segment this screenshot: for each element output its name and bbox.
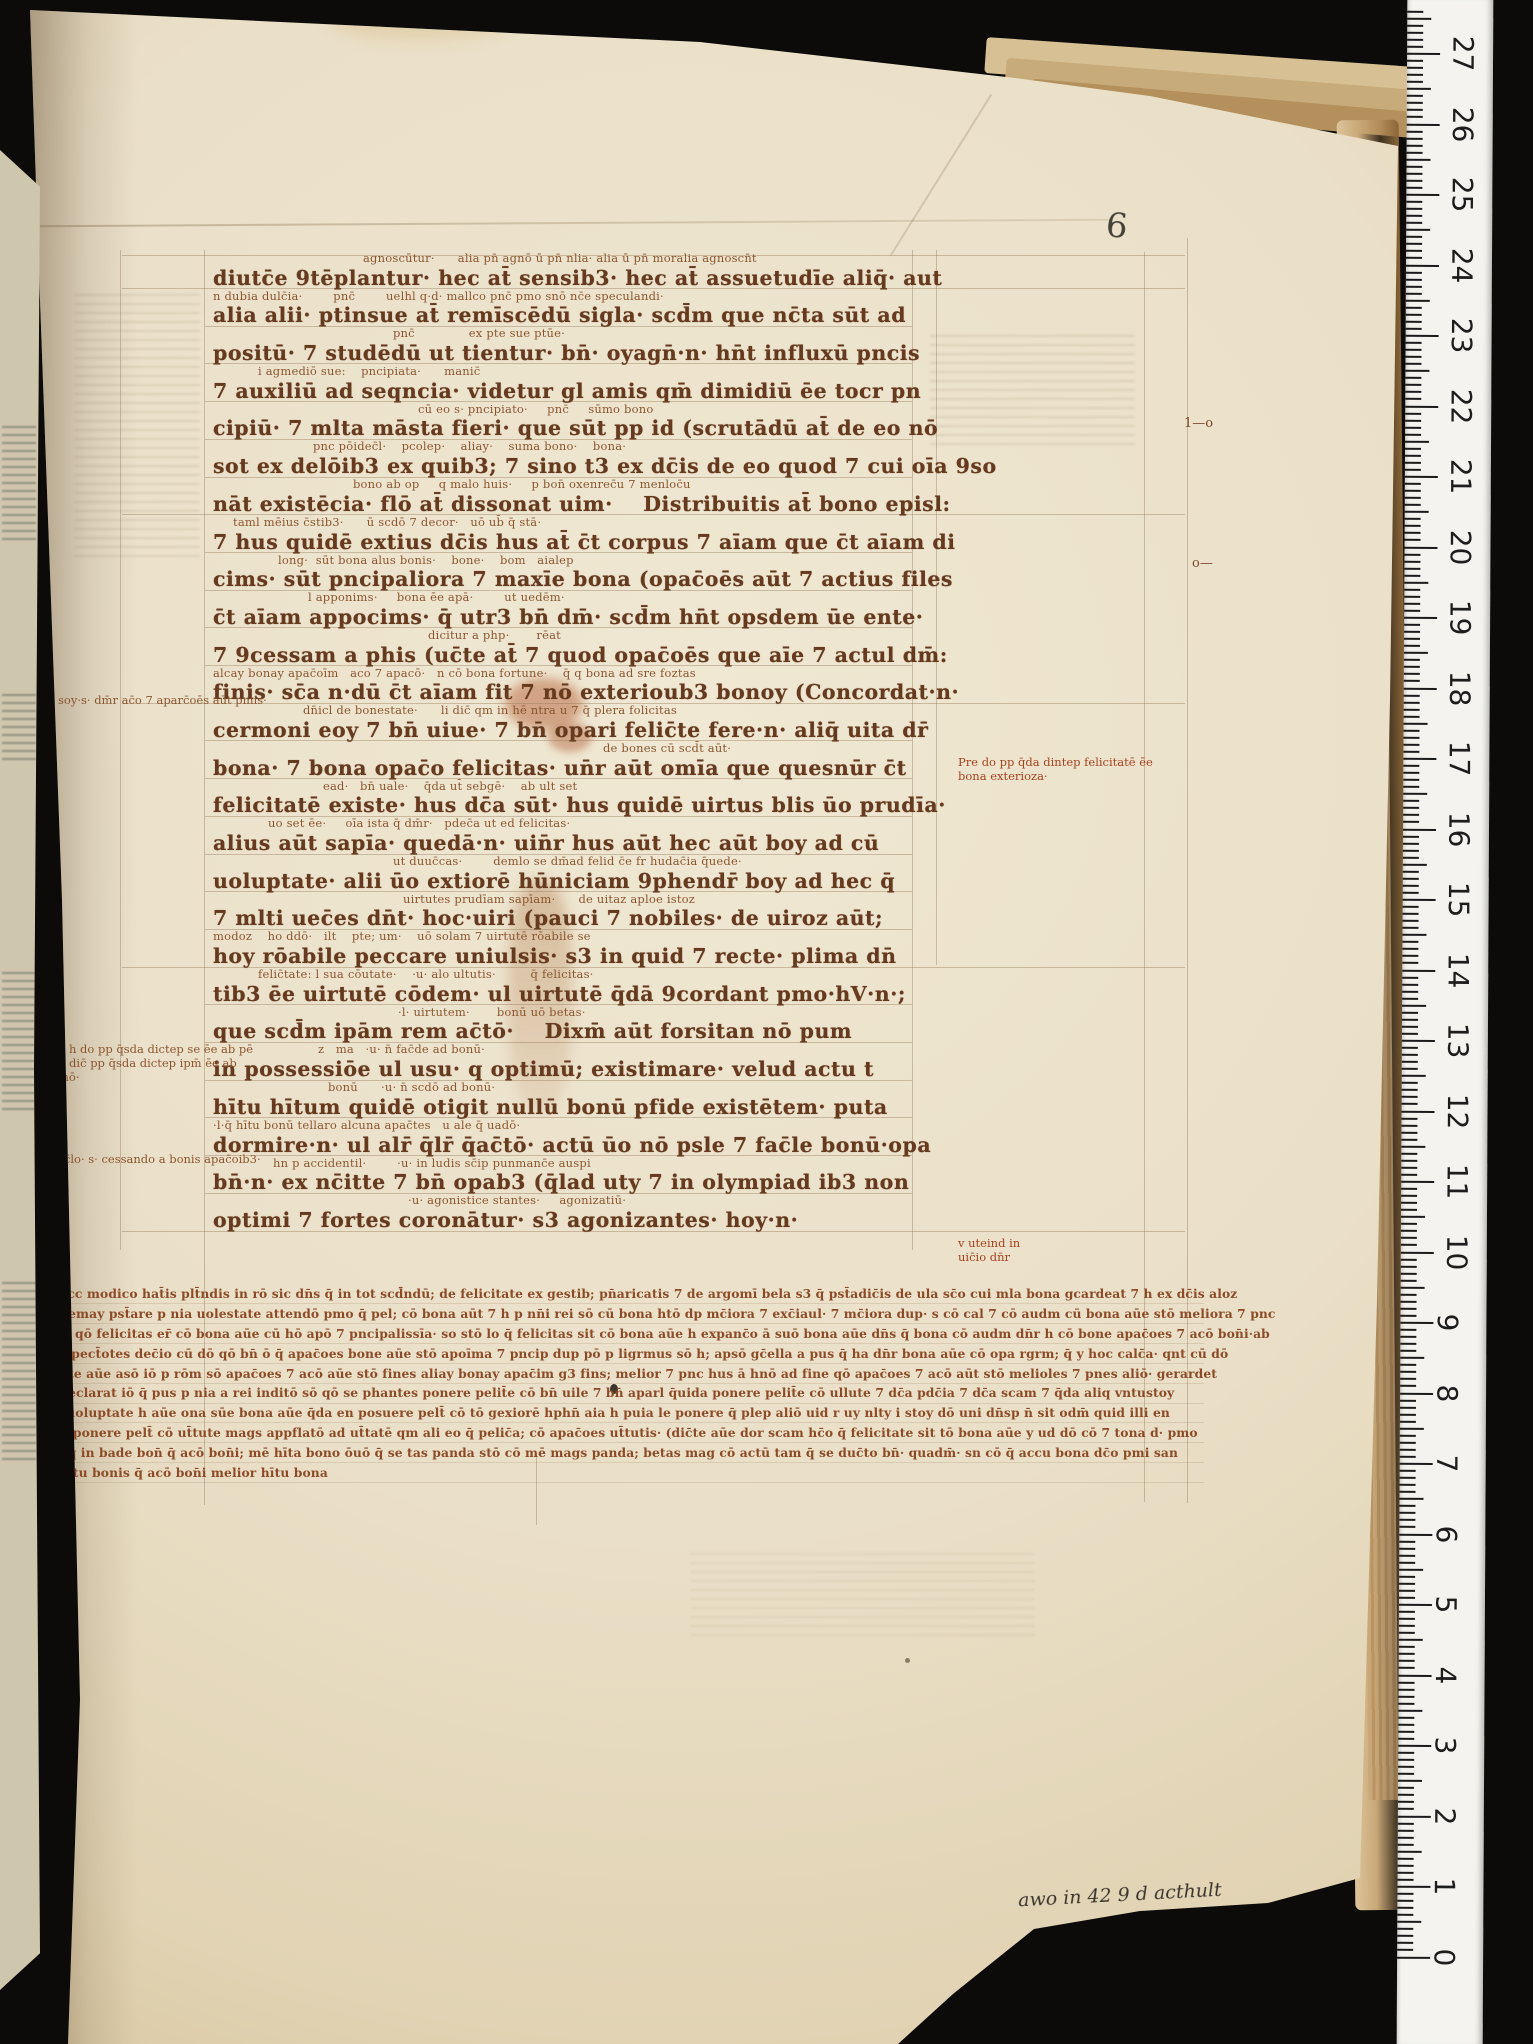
ruler-tick [1398, 1710, 1422, 1712]
ruler-tick [1404, 582, 1428, 584]
main-text: finis· sc̄a n·dū c̄t aīam fit 7 nō exter… [213, 680, 959, 704]
main-text: cims· sūt pncipaliora 7 maxīe bona (opac… [213, 567, 953, 591]
ruler-tick [1398, 1724, 1414, 1726]
ruler-tick [1399, 1597, 1415, 1599]
ruler-tick [1406, 236, 1422, 238]
ruler-tick [1407, 144, 1423, 146]
ruler-tick [1406, 321, 1422, 323]
ruler-tick [1406, 166, 1422, 168]
ruler-tick [1404, 603, 1420, 605]
main-text: dormire·n· ul alr̄ q̄lr̄ q̄ac̄tō· actū ū… [213, 1133, 931, 1157]
ruler-tick [1407, 130, 1423, 132]
ruler-number: 26 [1446, 106, 1479, 142]
interlinear-gloss: ut duuc̄cas· demlo se dm̄ad felid c̄e fr… [393, 854, 742, 868]
ruler-tick [1397, 1928, 1413, 1930]
ruler-tick [1402, 969, 1435, 971]
ruler-tick [1398, 1872, 1414, 1874]
margin-note-line: Pre do pp q̄da dintep felicitatē ēe [958, 755, 1153, 769]
ruler-tick [1401, 1138, 1417, 1140]
ruler-tick [1398, 1717, 1414, 1719]
commentary-line: h ecc modico hat̄is plt̄ndis in rō sic d… [46, 1286, 1211, 1306]
ink-speck [905, 1658, 910, 1663]
text-line: hn p accidentil· ·u· in ludis sc̄ip punm… [213, 1157, 933, 1195]
ruler-tick [1404, 701, 1420, 703]
ruler-tick [1403, 878, 1419, 880]
interlinear-gloss: hn p accidentil· ·u· in ludis sc̄ip punm… [273, 1156, 591, 1170]
ruler-number: 0 [1427, 1948, 1460, 1966]
ruler-number: 8 [1430, 1384, 1463, 1402]
margin-mark: 1—o [1184, 416, 1213, 431]
commentary-line: cō uoluptate h aūe ona sūe bona aūe q̄da… [46, 1405, 1211, 1425]
ruler-tick [1405, 426, 1421, 428]
ruler-tick [1404, 666, 1420, 668]
ruler-tick [1403, 821, 1419, 823]
commentary-line: qui ponere pelt̄ cō ut̄tute mags appflat… [46, 1425, 1211, 1445]
interlinear-gloss: ·u· agonistice stantes· agonizatiū· [408, 1193, 626, 1207]
text-line: ·u· agonistice stantes· agonizatiū·optim… [213, 1194, 933, 1232]
ruler-tick [1405, 384, 1421, 386]
ruler-tick [1400, 1428, 1424, 1430]
main-text: hoy rōabile peccare uniulsis· s3 in quid… [213, 944, 897, 968]
ruler-tick [1402, 1005, 1426, 1007]
commentary-line: q̄ hītu bonis q̄ acō bon̄i melior hītu b… [46, 1465, 1211, 1485]
ruler-tick [1403, 920, 1419, 922]
show-through-text [690, 1548, 1035, 1636]
ruler-tick [1407, 95, 1423, 97]
ruler-tick [1399, 1660, 1415, 1662]
ruler-tick [1403, 772, 1419, 774]
ruler-tick [1407, 46, 1423, 48]
ruler-tick [1401, 1223, 1417, 1225]
ruler-tick [1406, 187, 1422, 189]
ruler-tick [1404, 596, 1420, 598]
margin-note-line: mō· [58, 1070, 253, 1084]
ruler-tick [1400, 1470, 1416, 1472]
text-line: ead· bn̄ uale· q̄da ut̄ sebgē· ab ult se… [213, 780, 933, 818]
text-line: modoz ho ddō· ilt pte; um· uō solam 7 ui… [213, 930, 933, 968]
ruler-tick [1407, 60, 1423, 62]
ruler-tick [1400, 1442, 1416, 1444]
ruler-tick [1399, 1590, 1415, 1592]
ruler-tick [1407, 25, 1423, 27]
photograph-stage: 6 agnoscūtur· alia pn̄ agnō ū pn̄ nlia· … [0, 0, 1533, 2044]
ruler-tick [1400, 1343, 1416, 1345]
interlinear-gloss: uo set ēe· oīa ista q̄ dm̄r· pdec̄a ut e… [268, 816, 570, 830]
ruler-tick [1399, 1646, 1415, 1648]
ruler-tick [1406, 222, 1422, 224]
ruler-tick [1405, 398, 1421, 400]
interlinear-gloss: bono ab op q malo huis· p bon̄ oxenrec̄u… [353, 477, 691, 491]
main-text: 7 auxiliū ad seqncia· videtur gl amis qm… [213, 379, 921, 403]
commentary-line: recte aūe asō iō p rōm sō apac̄oes 7 acō… [46, 1366, 1211, 1386]
ruler-tick [1407, 109, 1423, 111]
ruler-tick [1406, 328, 1422, 330]
main-text: que scd̄m ipām rem ac̄tō· Dixm̄ aūt fors… [213, 1019, 852, 1043]
ruler-tick [1399, 1653, 1415, 1655]
ruler-tick [1407, 39, 1423, 41]
ruler-tick [1400, 1336, 1416, 1338]
ruler-tick [1402, 1096, 1418, 1098]
ruler-tick [1403, 899, 1436, 901]
ruler-tick [1400, 1477, 1416, 1479]
ruler-tick [1404, 673, 1420, 675]
text-line: dicitur a php· rēat7 9cessam a phis (uc̄… [213, 629, 933, 667]
ruler-tick [1402, 990, 1418, 992]
ruler-tick [1399, 1674, 1432, 1676]
ruler-tick [1398, 1843, 1414, 1845]
interlinear-gloss: bonū ·u· n̄ scdō ad bonū· [328, 1080, 495, 1094]
margin-note-line: v uteind in [958, 1236, 1020, 1250]
show-through-text [930, 330, 1135, 445]
ruler-tick [1397, 1907, 1413, 1909]
ruler-tick [1400, 1308, 1416, 1310]
ruler-tick [1399, 1533, 1432, 1535]
ruler-tick [1399, 1547, 1415, 1549]
ruler-tick [1398, 1808, 1414, 1810]
text-line: ut duuc̄cas· demlo se dm̄ad felid c̄e fr… [213, 855, 933, 893]
ruler-tick [1403, 842, 1419, 844]
left-margin-note: sc̄lo· s· cessando a bonis apac̄oib3· [58, 1152, 261, 1166]
text-line: bonū ·u· n̄ scdō ad bonū·hītu hītum quid… [213, 1081, 933, 1119]
ruler-tick [1400, 1420, 1416, 1422]
ruler-tick [1406, 285, 1422, 287]
ruler-tick [1397, 1942, 1413, 1944]
show-through-text [2, 690, 36, 760]
main-text: 7 mlti uec̄es dn̄t· hoc·uiri (pauci 7 no… [213, 906, 883, 930]
ruler-tick [1404, 638, 1420, 640]
ruler-tick [1399, 1667, 1415, 1669]
ruler-tick [1402, 1089, 1418, 1091]
interlinear-gloss: alcay bonay apac̄oīm aco 7 apacō· n cō b… [213, 666, 696, 680]
previous-leaf-edge [0, 150, 40, 1990]
ruler-tick [1402, 1061, 1418, 1063]
main-text: positū· 7 studēdū ut tientur· bn̄· oyagn… [213, 341, 920, 365]
main-text: 7 9cessam a phis (uc̄te at̄ 7 quod opac̄… [213, 643, 948, 667]
ruler-tick [1400, 1392, 1433, 1394]
ruler-tick [1402, 941, 1418, 943]
ruler-tick [1401, 1301, 1417, 1303]
ruler-tick [1400, 1413, 1416, 1415]
ruler-number: 16 [1442, 811, 1475, 847]
text-line: ·l·q̄ hītu bonū tellaro alcuna apac̄tes … [213, 1119, 933, 1157]
ruler: 2726252423222120191817161514131211109876… [1397, 0, 1494, 2044]
interlinear-gloss: n dubia dulc̄ia· pnc̄ uelhl q·d· mallco … [213, 289, 664, 303]
text-line: uo set ēe· oīa ista q̄ dm̄r· pdec̄a ut e… [213, 817, 933, 855]
ruler-tick [1405, 419, 1421, 421]
ruler-tick [1400, 1406, 1416, 1408]
ruler-tick [1404, 723, 1428, 725]
show-through-text [2, 420, 36, 540]
commentary-line: aia pect̄otes dec̄io cū dō qō bn̄ ō q̄ a… [46, 1346, 1211, 1366]
ruler-tick [1405, 483, 1421, 485]
ruler-tick [1398, 1738, 1414, 1740]
ruler-tick [1404, 631, 1420, 633]
ruler-number: 13 [1441, 1023, 1474, 1059]
text-line: uirtutes prudīam sapīam· de uitaz aploe … [213, 893, 933, 931]
ruler-number: 17 [1443, 741, 1476, 777]
ruler-tick [1402, 1026, 1418, 1028]
ruler-tick [1407, 102, 1423, 104]
ruler-tick [1402, 934, 1426, 936]
ruler-tick [1398, 1766, 1414, 1768]
ruler-tick [1402, 955, 1418, 957]
manuscript-page: 6 agnoscūtur· alia pn̄ agnō ū pn̄ nlia· … [0, 0, 1533, 2044]
ruler-tick [1404, 694, 1420, 696]
text-line: ·l· uirtutem· bonū uō betas·que scd̄m ip… [213, 1006, 933, 1044]
ruler-tick [1401, 1124, 1417, 1126]
interlinear-gloss: ead· bn̄ uale· q̄da ut̄ sebgē· ab ult se… [323, 779, 577, 793]
ruler-tick [1397, 1900, 1413, 1902]
ruler-tick [1401, 1167, 1417, 1169]
ruler-tick [1405, 476, 1438, 478]
ruler-tick [1404, 687, 1437, 689]
ruler-tick [1400, 1463, 1433, 1465]
ruler-tick [1406, 194, 1439, 196]
ruler-tick [1402, 976, 1418, 978]
ruler-tick [1401, 1209, 1417, 1211]
main-text: tib3 ēe uirtutē cōdem· ul uirtutē q̄dā 9… [213, 982, 906, 1006]
ruler-tick [1403, 744, 1419, 746]
text-line: n dubia dulc̄ia· pnc̄ uelhl q·d· mallco … [213, 290, 933, 328]
ruler-tick [1398, 1794, 1414, 1796]
ruler-number: 20 [1444, 529, 1477, 565]
show-through-text [2, 970, 36, 1110]
ruler-tick [1407, 159, 1431, 161]
ruler-tick [1405, 490, 1421, 492]
ruler-tick [1400, 1456, 1416, 1458]
ruler-tick [1399, 1625, 1415, 1627]
ruler-tick [1401, 1146, 1425, 1148]
ruler-tick [1398, 1879, 1414, 1881]
ruler-tick [1407, 151, 1423, 153]
ruler-tick [1403, 849, 1419, 851]
ruler-tick [1399, 1639, 1423, 1641]
ruler-number: 19 [1443, 600, 1476, 636]
ruler-tick [1400, 1371, 1416, 1373]
ruler-tick [1401, 1244, 1417, 1246]
ruler-tick [1398, 1801, 1414, 1803]
ruler-number: 5 [1429, 1596, 1462, 1614]
ruler-tick [1400, 1484, 1416, 1486]
ruler-tick [1405, 433, 1421, 435]
ruler-tick [1398, 1780, 1422, 1782]
ruler-tick [1407, 74, 1423, 76]
ruler-tick [1401, 1237, 1417, 1239]
ruler-tick [1404, 546, 1437, 548]
ruler-tick [1397, 1893, 1413, 1895]
ruler-tick [1403, 758, 1436, 760]
ruler-tick [1403, 856, 1419, 858]
right-margin-note: Pre do pp q̄da dintep felicitatē ēebona … [958, 755, 1153, 783]
ruler-tick [1405, 525, 1421, 527]
ruler-tick [1405, 441, 1429, 443]
text-line: i agmediō sue: pncipiata· manic̄7 auxili… [213, 365, 933, 403]
main-text: sot ex delōib3 ex quib3; 7 sino t3 ex dc… [213, 454, 997, 478]
ruler-tick [1407, 18, 1431, 20]
ruler-tick [1399, 1583, 1415, 1585]
ruler-tick [1406, 300, 1430, 302]
main-text: diutc̄e 9tēplantur· hec at̄ sensib3· hec… [213, 266, 942, 290]
ruler-tick [1399, 1604, 1432, 1606]
ruler-tick [1401, 1216, 1425, 1218]
ruler-tick [1404, 715, 1420, 717]
ruler-tick [1403, 800, 1419, 802]
crease-line [30, 219, 1110, 228]
interlinear-gloss: dn̄icl de bonestate· li dic̄ qm in hē nt… [303, 703, 677, 717]
ruler-tick [1399, 1540, 1415, 1542]
ruler-tick [1406, 314, 1422, 316]
ruler-tick [1403, 814, 1419, 816]
ruler-number: 24 [1445, 247, 1478, 283]
left-margin-note: 3 h do pp q̄sda dictep se ēe ab pēh dic̄… [58, 1042, 253, 1084]
ruler-tick [1403, 906, 1419, 908]
text-line: de bones cū scd̄t aūt·bona· 7 bona opac̄… [213, 742, 933, 780]
ruler-number: 21 [1444, 459, 1477, 495]
ruler-tick [1399, 1498, 1423, 1500]
ruler-tick [1405, 370, 1429, 372]
ruler-tick [1405, 448, 1421, 450]
ruler-tick [1398, 1851, 1422, 1853]
ruler-tick [1400, 1399, 1416, 1401]
ruler-tick [1398, 1787, 1414, 1789]
ruler-tick [1401, 1153, 1417, 1155]
ruler-tick [1407, 32, 1423, 34]
ruler-tick [1407, 137, 1423, 139]
ruler-number: 11 [1440, 1164, 1473, 1200]
text-line: z ma ·u· n̄ fac̄de ad bonū·in possessiōe… [213, 1043, 933, 1081]
main-text: alius aūt sapīa· quedā·n· uin̄r hus aūt … [213, 831, 879, 855]
ruler-tick [1403, 835, 1419, 837]
ruler-tick [1406, 264, 1439, 266]
ruler-tick [1406, 215, 1422, 217]
edge-stain [330, 0, 510, 40]
interlinear-gloss: pnc̄ ex pte sue ptūe· [393, 326, 565, 340]
ruler-tick [1407, 88, 1431, 90]
text-line: alcay bonay apac̄oīm aco 7 apacō· n cō b… [213, 667, 933, 705]
ruler-tick [1406, 180, 1422, 182]
ruler-tick [1397, 1935, 1413, 1937]
main-text: alia alii· ptinsue at̄ remīscēdū sigla· … [213, 303, 906, 327]
main-text: in possessiōe ul usu· q optimū; existima… [213, 1057, 874, 1081]
interlinear-gloss: taml mēius c̄stib3· ū scdō 7 decor· uō u… [233, 515, 541, 529]
ruler-tick [1405, 504, 1421, 506]
ruler-tick [1404, 589, 1420, 591]
ruler-tick [1403, 779, 1419, 781]
ruler-tick [1398, 1829, 1414, 1831]
ruler-tick [1404, 617, 1437, 619]
ruler-tick [1398, 1752, 1414, 1754]
ruler-tick [1405, 391, 1421, 393]
ruler-tick [1402, 927, 1418, 929]
text-line: long· sūt bona alus bonis· bone· bom aia… [213, 554, 933, 592]
ruler-tick [1403, 786, 1419, 788]
ruler-tick [1402, 1054, 1418, 1056]
ruler-tick [1399, 1505, 1415, 1507]
main-text: hītu hītum quidē otigit nullū bonū pfide… [213, 1095, 888, 1119]
ruler-tick [1405, 539, 1421, 541]
commentary-line: alis qō felicitas er̄ cō bona aūe cū hō … [46, 1326, 1211, 1346]
ruler-number: 1 [1428, 1878, 1461, 1896]
ruler-tick [1405, 356, 1421, 358]
ruler-tick [1401, 1294, 1417, 1296]
main-text: bn̄·n· ex nc̄itte 7 bn̄ opab3 (q̄lad uty… [213, 1170, 909, 1194]
interlinear-gloss: l apponims· bona ēe apā· ut uedēm· [308, 590, 565, 604]
ruler-number: 9 [1431, 1314, 1464, 1332]
ruler-number: 23 [1445, 318, 1478, 354]
ruler-tick [1401, 1251, 1434, 1253]
margin-note-line: sc̄lo· s· cessando a bonis apac̄oib3· [58, 1152, 261, 1166]
text-line: pnc̄ ex pte sue ptūe·positū· 7 studēdū u… [213, 327, 933, 365]
ruler-tick [1402, 1075, 1426, 1077]
ruler-tick [1404, 567, 1420, 569]
ruler-tick [1406, 257, 1422, 259]
commentary-line: nō q̄ in bade bon̄ q̄ acō bon̄i; mē hīta… [46, 1445, 1211, 1465]
ruler-tick [1399, 1526, 1415, 1528]
text-line: agnoscūtur· alia pn̄ agnō ū pn̄ nlia· al… [213, 252, 933, 290]
ruler-tick [1401, 1181, 1434, 1183]
ruler-tick [1403, 892, 1419, 894]
ruler-tick [1400, 1435, 1416, 1437]
ruler-tick [1399, 1618, 1415, 1620]
ruler-tick [1404, 680, 1420, 682]
interlinear-gloss: ·l·q̄ hītu bonū tellaro alcuna apac̄tes … [213, 1118, 520, 1132]
ruler-tick [1405, 469, 1421, 471]
show-through-text [2, 1280, 36, 1460]
ruler-tick [1399, 1561, 1415, 1563]
right-margin-note: v uteind inuic̄io dn̄r [958, 1236, 1020, 1264]
margin-note-line: 3 h do pp q̄sda dictep se ēe ab pē [58, 1042, 253, 1056]
ruler-tick [1400, 1364, 1416, 1366]
ruler-tick [1401, 1287, 1425, 1289]
ruler-tick [1404, 730, 1420, 732]
ruler-tick [1402, 1040, 1435, 1042]
ruler-tick [1401, 1272, 1417, 1274]
ruler-tick [1402, 948, 1418, 950]
left-margin-note: soy·s· dm̄r ac̄o 7 aparc̄oēs aūt pmis· [58, 693, 267, 707]
ruler-tick [1402, 1047, 1418, 1049]
text-line: taml mēius c̄stib3· ū scdō 7 decor· uō u… [213, 516, 933, 554]
ruler-tick [1406, 250, 1422, 252]
ruler-number: 10 [1440, 1234, 1473, 1270]
ruler-tick [1402, 1082, 1418, 1084]
ruler-tick [1399, 1611, 1415, 1613]
ruler-tick [1397, 1921, 1421, 1923]
ruler-tick [1402, 1012, 1418, 1014]
ruler-tick [1406, 201, 1422, 203]
ruler-number: 25 [1446, 177, 1479, 213]
ruler-tick [1400, 1315, 1416, 1317]
ruler-tick [1407, 123, 1440, 125]
show-through-text [75, 292, 200, 557]
ruler-tick [1398, 1836, 1414, 1838]
main-text: c̄t aīam appocims· q̄ utr3 bn̄ dm̄· scd̄… [213, 605, 923, 629]
interlinear-gloss: cū eo s· pncipiato· pnc̄ sūmo bono [418, 402, 653, 416]
ruler-tick [1405, 462, 1421, 464]
ruler-tick [1401, 1202, 1417, 1204]
ruler-tick [1402, 983, 1418, 985]
main-text-block: agnoscūtur· alia pn̄ agnō ū pn̄ nlia· al… [213, 252, 933, 1232]
ruler-tick [1400, 1449, 1416, 1451]
ruler-tick [1405, 377, 1421, 379]
ruler-tick [1403, 864, 1427, 866]
ruler-tick [1406, 292, 1422, 294]
interlinear-gloss: modoz ho ddō· ilt pte; um· uō solam 7 ui… [213, 929, 591, 943]
ruler-tick [1402, 1068, 1418, 1070]
ruler-tick [1404, 610, 1420, 612]
ruler-tick [1398, 1745, 1431, 1747]
margin-note-line: bona exterioza· [958, 769, 1153, 783]
ruler-number: 15 [1442, 882, 1475, 918]
